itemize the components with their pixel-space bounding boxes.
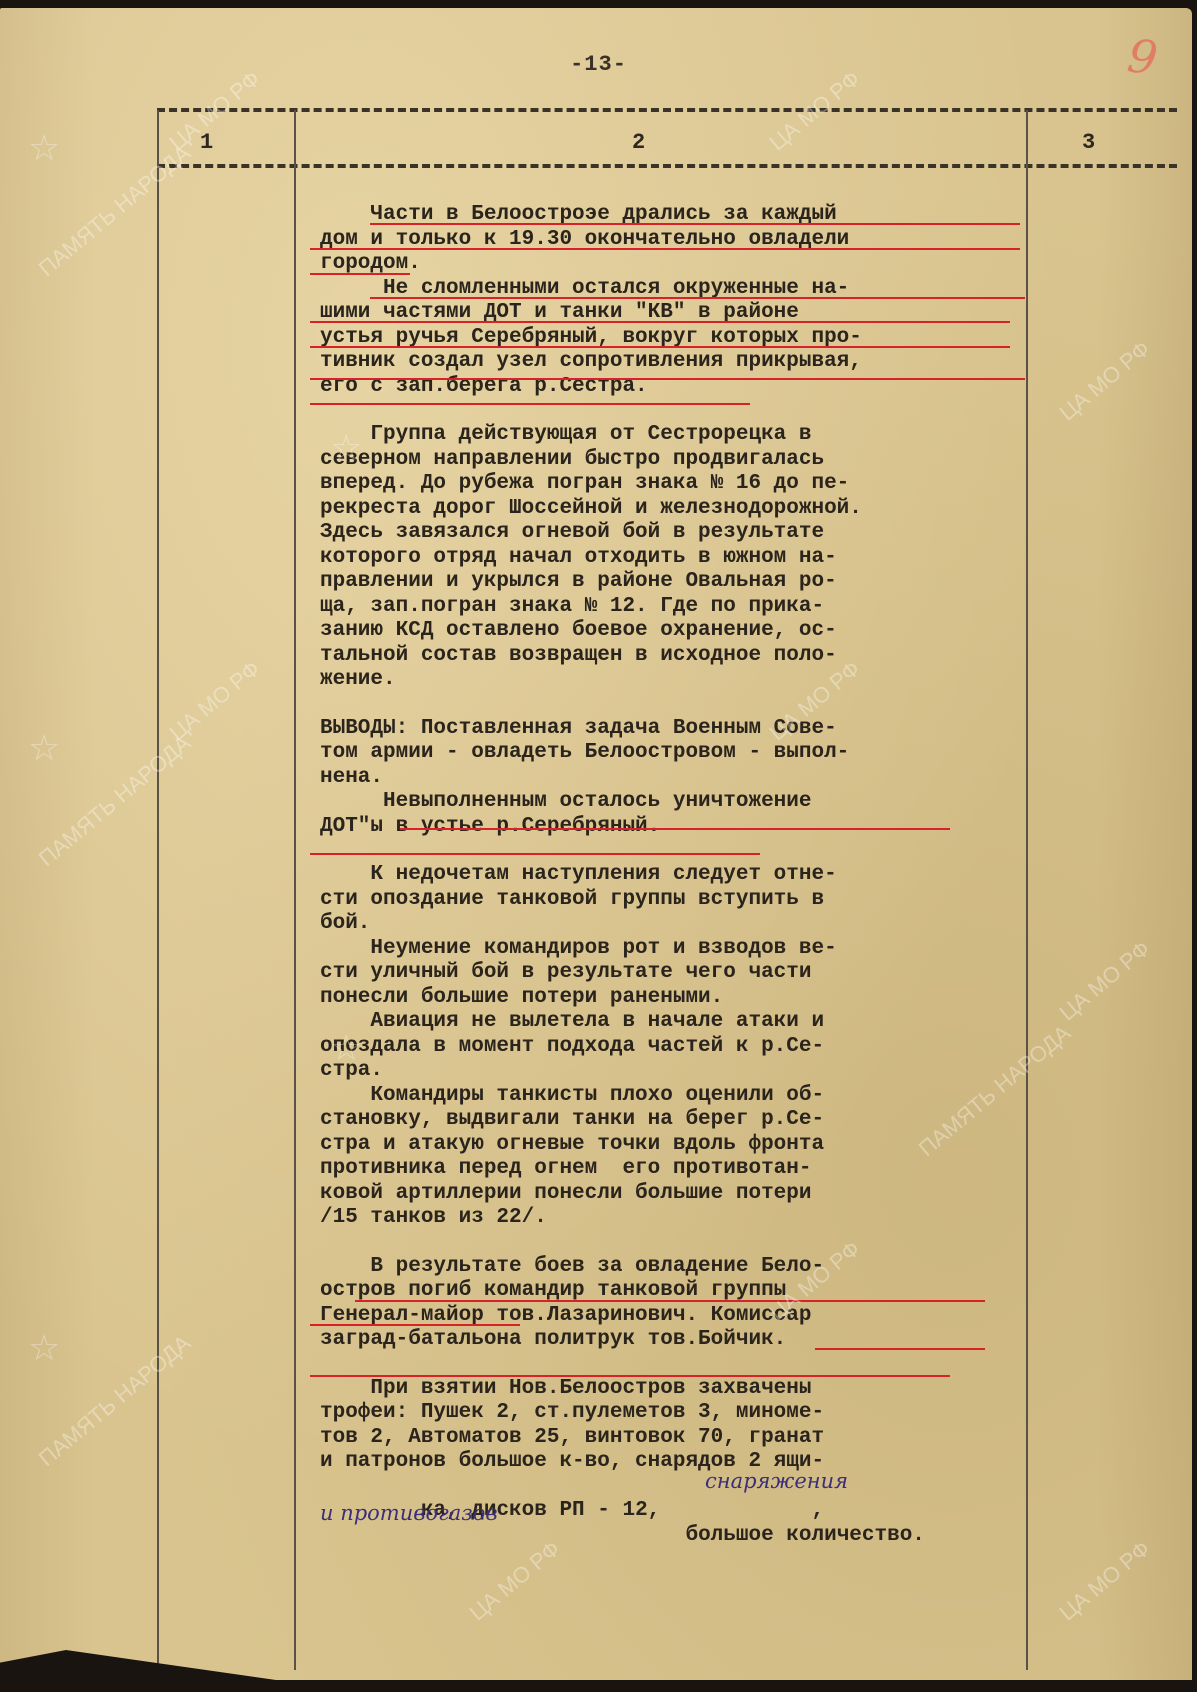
watermark-tsamo: ЦА МО РФ [164, 656, 265, 746]
star-icon: ☆ [330, 1028, 362, 1069]
red-underline [400, 828, 950, 830]
red-underline [310, 1324, 520, 1326]
star-icon: ☆ [28, 728, 60, 769]
table-header-border [157, 164, 1177, 168]
star-icon: ☆ [28, 1328, 60, 1369]
handwritten-insert-gasmasks: и противогазов [320, 1501, 498, 1526]
red-underline [310, 403, 750, 405]
column-divider-left [157, 110, 159, 1670]
red-underline [310, 321, 1010, 323]
red-underline [310, 273, 410, 275]
paragraph-shortcomings: К недочетам наступления следует отне- ст… [320, 863, 1020, 1231]
folio-mark: 9 [1124, 28, 1161, 86]
paragraph-casualties: В результате боев за овладение Бело- ост… [320, 1255, 1020, 1353]
column-header-2: 2 [632, 130, 645, 155]
paragraph-conclusions: ВЫВОДЫ: Поставленная задача Военным Сове… [320, 717, 1020, 791]
star-icon: ☆ [28, 128, 60, 169]
red-underline [310, 248, 1020, 250]
column-divider-1-2 [294, 110, 296, 1670]
paragraph-trophies: При взятии Нов.Белоостров захвачены троф… [320, 1377, 1020, 1524]
paragraph-unfulfilled: Невыполненным осталось уничтожение ДОТ"ы… [320, 790, 1020, 839]
red-underline [355, 1300, 985, 1302]
red-underline [815, 1348, 985, 1350]
red-underline [370, 297, 1025, 299]
handwritten-insert-equipment: снаряжения [705, 1469, 848, 1494]
column-header-1: 1 [200, 130, 213, 155]
column-divider-2-3 [1026, 110, 1028, 1670]
table-top-border [157, 108, 1177, 112]
watermark-tsamo: ЦА МО РФ [1054, 1536, 1155, 1626]
red-underline [310, 378, 1025, 380]
watermark-tsamo: ЦА МО РФ [1054, 336, 1155, 426]
paragraph-sestroretsk-group: Группа действующая от Сестрорецка в севе… [320, 423, 1020, 693]
red-underline [310, 346, 1010, 348]
red-underline [310, 1375, 950, 1377]
column-header-3: 3 [1082, 130, 1095, 155]
watermark-tsamo: ЦА МО РФ [464, 1536, 565, 1626]
watermark-tsamo: ЦА МО РФ [1054, 936, 1155, 1026]
red-underline [370, 223, 1020, 225]
paragraph-belоostrov-fighting: Части в Белоостроэе дрались за каждый до… [320, 203, 1020, 277]
paragraph-unbroken-dot: Не сломленными остался окруженные на- ши… [320, 277, 1020, 400]
document-page: -13- 9 1 2 3 Части в Белоостроэе дрались… [0, 8, 1192, 1680]
page-number: -13- [0, 52, 1197, 77]
red-underline [310, 853, 760, 855]
star-icon: ☆ [330, 428, 362, 469]
